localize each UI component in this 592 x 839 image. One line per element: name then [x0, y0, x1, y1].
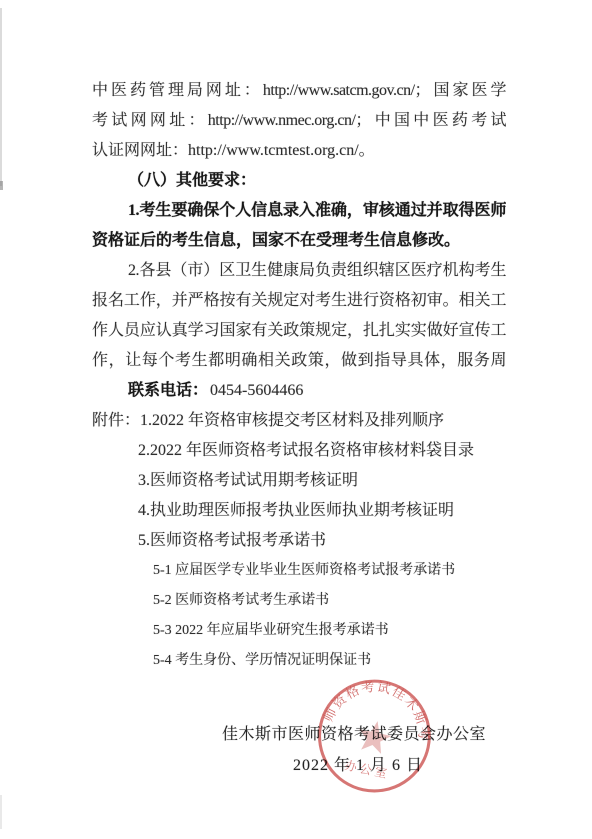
document-page: 中医药管理局网址：http://www.satcm.gov.cn/；国家医学考试…: [0, 0, 592, 839]
contact-phone-number: 0454-5604466: [210, 382, 303, 399]
text-line: 中医药管理局网址：http://www.satcm.gov.cn/；国家医学: [92, 76, 506, 106]
text-line: 1.考生要确保个人信息录入准确，审核通过并取得医师: [92, 196, 506, 226]
text-line: 认证网网址：http://www.tcmtest.org.cn/。: [92, 136, 506, 166]
attachment-sub-item: 5-3 2022 年应届毕业研究生报考承诺书: [92, 616, 506, 646]
scan-edge-artifact-bottom: [0, 795, 2, 829]
attachments-list: 2.2022 年医师资格考试报名资格审核材料袋目录3.医师资格考试试用期考核证明…: [92, 436, 506, 556]
scan-edge-artifact: [0, 8, 2, 186]
text-line: （八）其他要求：: [92, 166, 506, 196]
text-line: 报名工作，并严格按有关规定对考生进行资格初审。相关工: [92, 286, 506, 316]
attachment-item: 4.执业助理医师报考执业医师执业期考核证明: [92, 496, 506, 526]
signature-date: 2022 年 1 月 6 日: [293, 753, 423, 779]
contact-label: 联系电话：: [128, 382, 208, 399]
attachment-item: 5.医师资格考试报考承诺书: [92, 526, 506, 556]
attachments-label: 附件：: [92, 412, 140, 429]
attachment-item: 3.医师资格考试试用期考核证明: [92, 466, 506, 496]
contact-line: 联系电话：0454-5604466: [92, 376, 506, 406]
attachments-sub-list: 5-1 应届医学专业毕业生医师资格考试报考承诺书5-2 医师资格考试考生承诺书5…: [92, 556, 506, 676]
attachment-item-1: 1.2022 年资格审核提交考区材料及排列顺序: [140, 412, 444, 429]
attachment-sub-item: 5-2 医师资格考试考生承诺书: [92, 586, 506, 616]
attachment-sub-item: 5-1 应届医学专业毕业生医师资格考试报考承诺书: [92, 556, 506, 586]
attachments-heading-line: 附件：1.2022 年资格审核提交考区材料及排列顺序: [92, 406, 506, 436]
scan-edge-speck: [0, 181, 3, 190]
attachment-item: 2.2022 年医师资格考试报名资格审核材料袋目录: [92, 436, 506, 466]
attachment-sub-item: 5-4 考生身份、学历情况证明保证书: [92, 646, 506, 676]
text-line: 作，让每个考生都明确相关政策，做到指导具体，服务周到。: [92, 346, 506, 376]
paragraph-block: 中医药管理局网址：http://www.satcm.gov.cn/；国家医学考试…: [92, 76, 506, 376]
document-body: 中医药管理局网址：http://www.satcm.gov.cn/；国家医学考试…: [92, 76, 506, 676]
text-line: 资格证后的考生信息，国家不在受理考生信息修改。: [92, 226, 506, 256]
text-line: 2.各县（市）区卫生健康局负责组织辖区医疗机构考生: [92, 256, 506, 286]
signature-org: 佳木斯市医师资格考试委员会办公室: [222, 722, 486, 748]
text-line: 考试网网址：http://www.nmec.org.cn/；中国中医药考试: [92, 106, 506, 136]
text-line: 作人员应认真学习国家有关政策规定，扎扎实实做好宣传工: [92, 316, 506, 346]
